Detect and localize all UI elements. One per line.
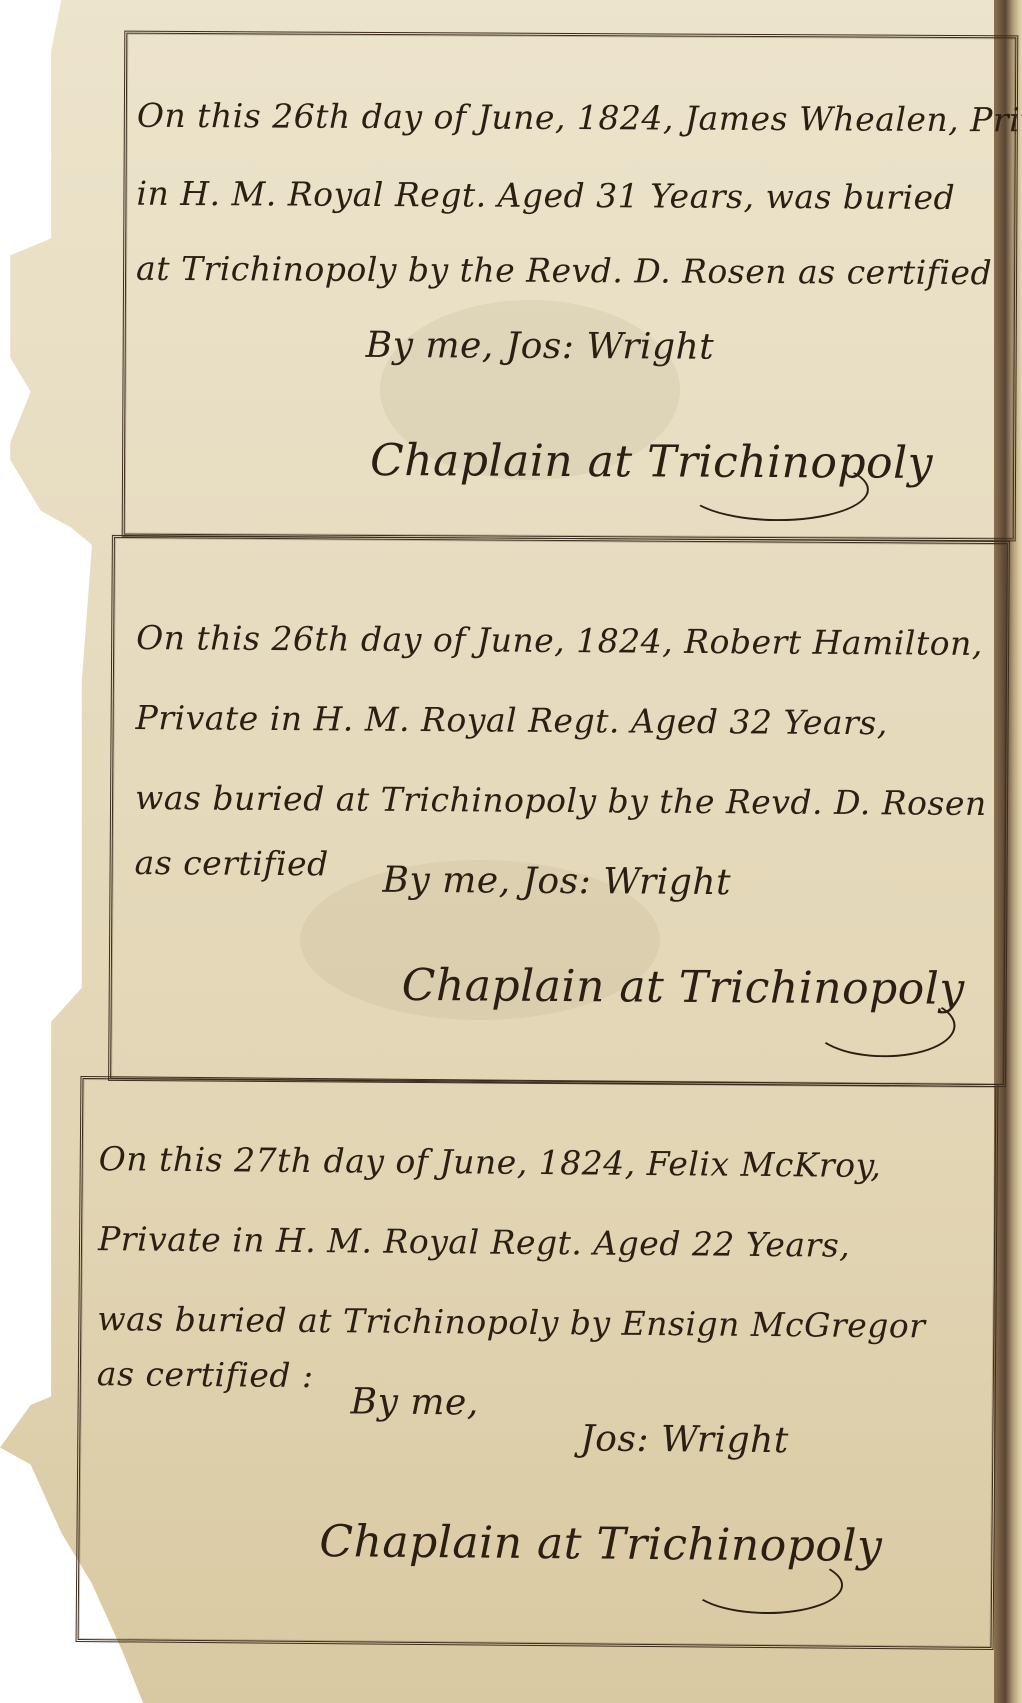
flourish-icon: [685, 457, 869, 522]
entry-2-signature: By me, Jos: Wright: [382, 860, 731, 903]
entry-1-line-1: On this 26th day of June, 1824, James Wh…: [137, 96, 1022, 140]
burial-entry-3: On this 27th day of June, 1824, Felix Mc…: [76, 1076, 999, 1650]
entry-2-line-1: On this 26th day of June, 1824, Robert H…: [136, 618, 983, 663]
entry-1-signature: By me, Jos: Wright: [366, 325, 715, 368]
entry-3-signature-name: Jos: Wright: [580, 1418, 789, 1461]
entry-3-line-1: On this 27th day of June, 1824, Felix Mc…: [99, 1139, 882, 1185]
flourish-icon: [811, 993, 955, 1058]
flourish-icon: [689, 1554, 844, 1614]
entry-1-line-3: at Trichinopoly by the Revd. D. Rosen as…: [136, 249, 992, 292]
entry-2-line-4: as certified: [134, 843, 328, 883]
entry-3-line-3: was buried at Trichinopoly by Ensign McG…: [97, 1299, 926, 1345]
entry-3-line-2: Private in H. M. Royal Regt. Aged 22 Yea…: [98, 1219, 850, 1265]
entry-2-line-2: Private in H. M. Royal Regt. Aged 32 Yea…: [136, 698, 888, 742]
entry-3-signature-by: By me,: [350, 1381, 478, 1423]
entry-2-line-3: was buried at Trichinopoly by the Revd. …: [135, 778, 987, 823]
entry-1-line-2: in H. M. Royal Regt. Aged 31 Years, was …: [136, 174, 955, 217]
burial-entry-2: On this 26th day of June, 1824, Robert H…: [108, 535, 1010, 1087]
entry-3-line-4: as certified :: [97, 1354, 314, 1395]
burial-entry-1: On this 26th day of June, 1824, James Wh…: [122, 31, 1019, 542]
